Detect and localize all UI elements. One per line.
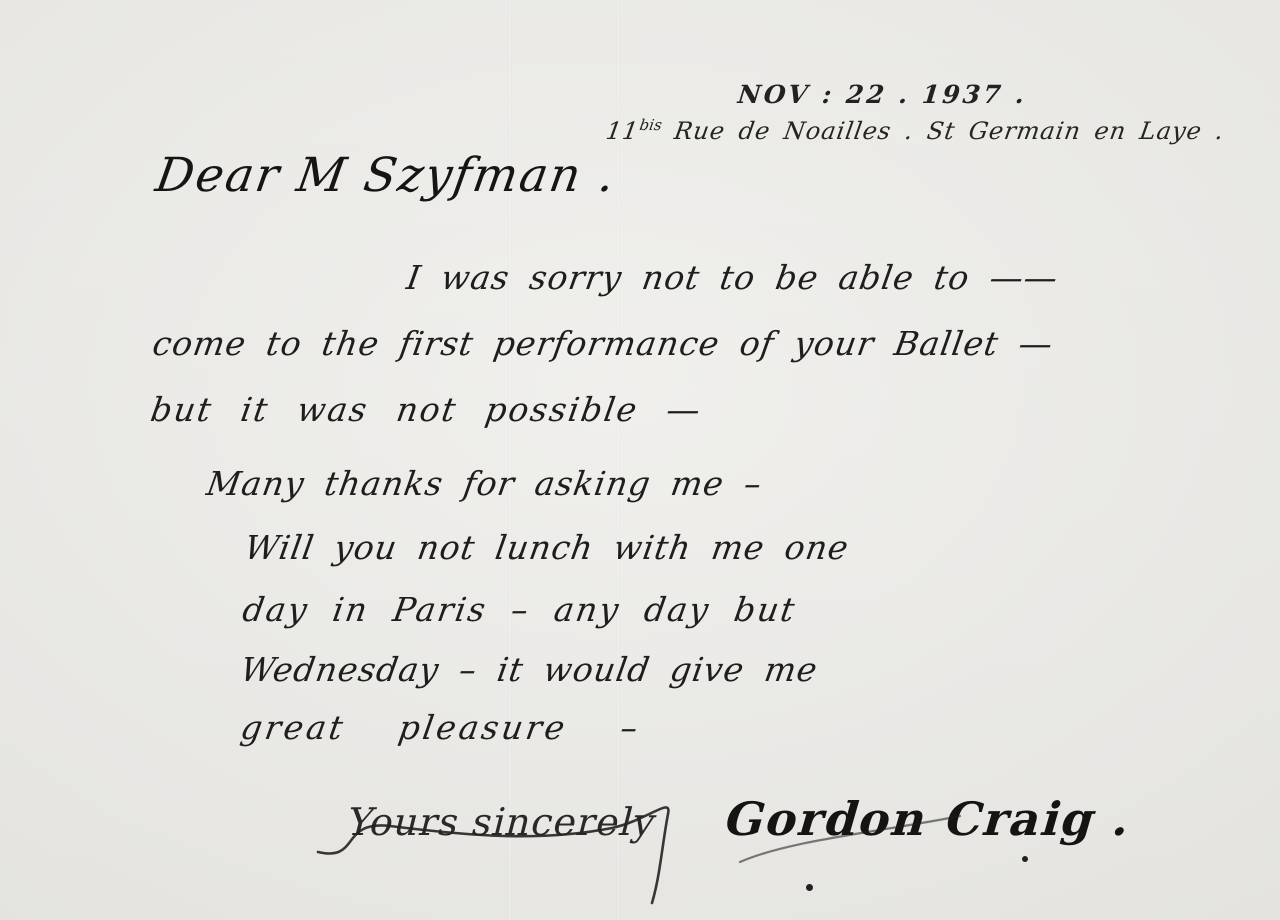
address-street: Rue de Noailles . St Germain en Laye . — [659, 117, 1227, 145]
body-line-1: I was sorry not to be able to —— — [404, 258, 1061, 297]
letter-page: NOV : 22 . 1937 . 11bis Rue de Noailles … — [0, 0, 1280, 920]
body-line-8: great pleasure – — [238, 708, 643, 747]
body-line-4: Many thanks for asking me – — [204, 464, 765, 503]
address-line: 11bis Rue de Noailles . St Germain en La… — [604, 116, 1227, 145]
ink-speck — [806, 884, 813, 891]
body-line-3: but it was not possible — — [148, 390, 705, 429]
body-line-7: Wednesday – it would give me — [238, 650, 821, 689]
address-number: 11 — [604, 117, 641, 145]
signature-period-dot — [1022, 856, 1028, 862]
body-line-6: day in Paris – any day but — [240, 590, 799, 629]
date-line: NOV : 22 . 1937 . — [736, 80, 1028, 109]
closing-yours-sincerely: Yours sincerely — [343, 800, 662, 844]
salutation: Dear M Szyfman . — [152, 148, 620, 203]
body-line-5: Will you not lunch with me one — [242, 528, 852, 567]
address-bis-superscript: bis — [638, 116, 663, 134]
paper-fold-crease — [508, 0, 512, 920]
signature-gordon-craig: Gordon Craig . — [718, 792, 1140, 846]
body-line-2: come to the first performance of your Ba… — [150, 324, 1056, 363]
